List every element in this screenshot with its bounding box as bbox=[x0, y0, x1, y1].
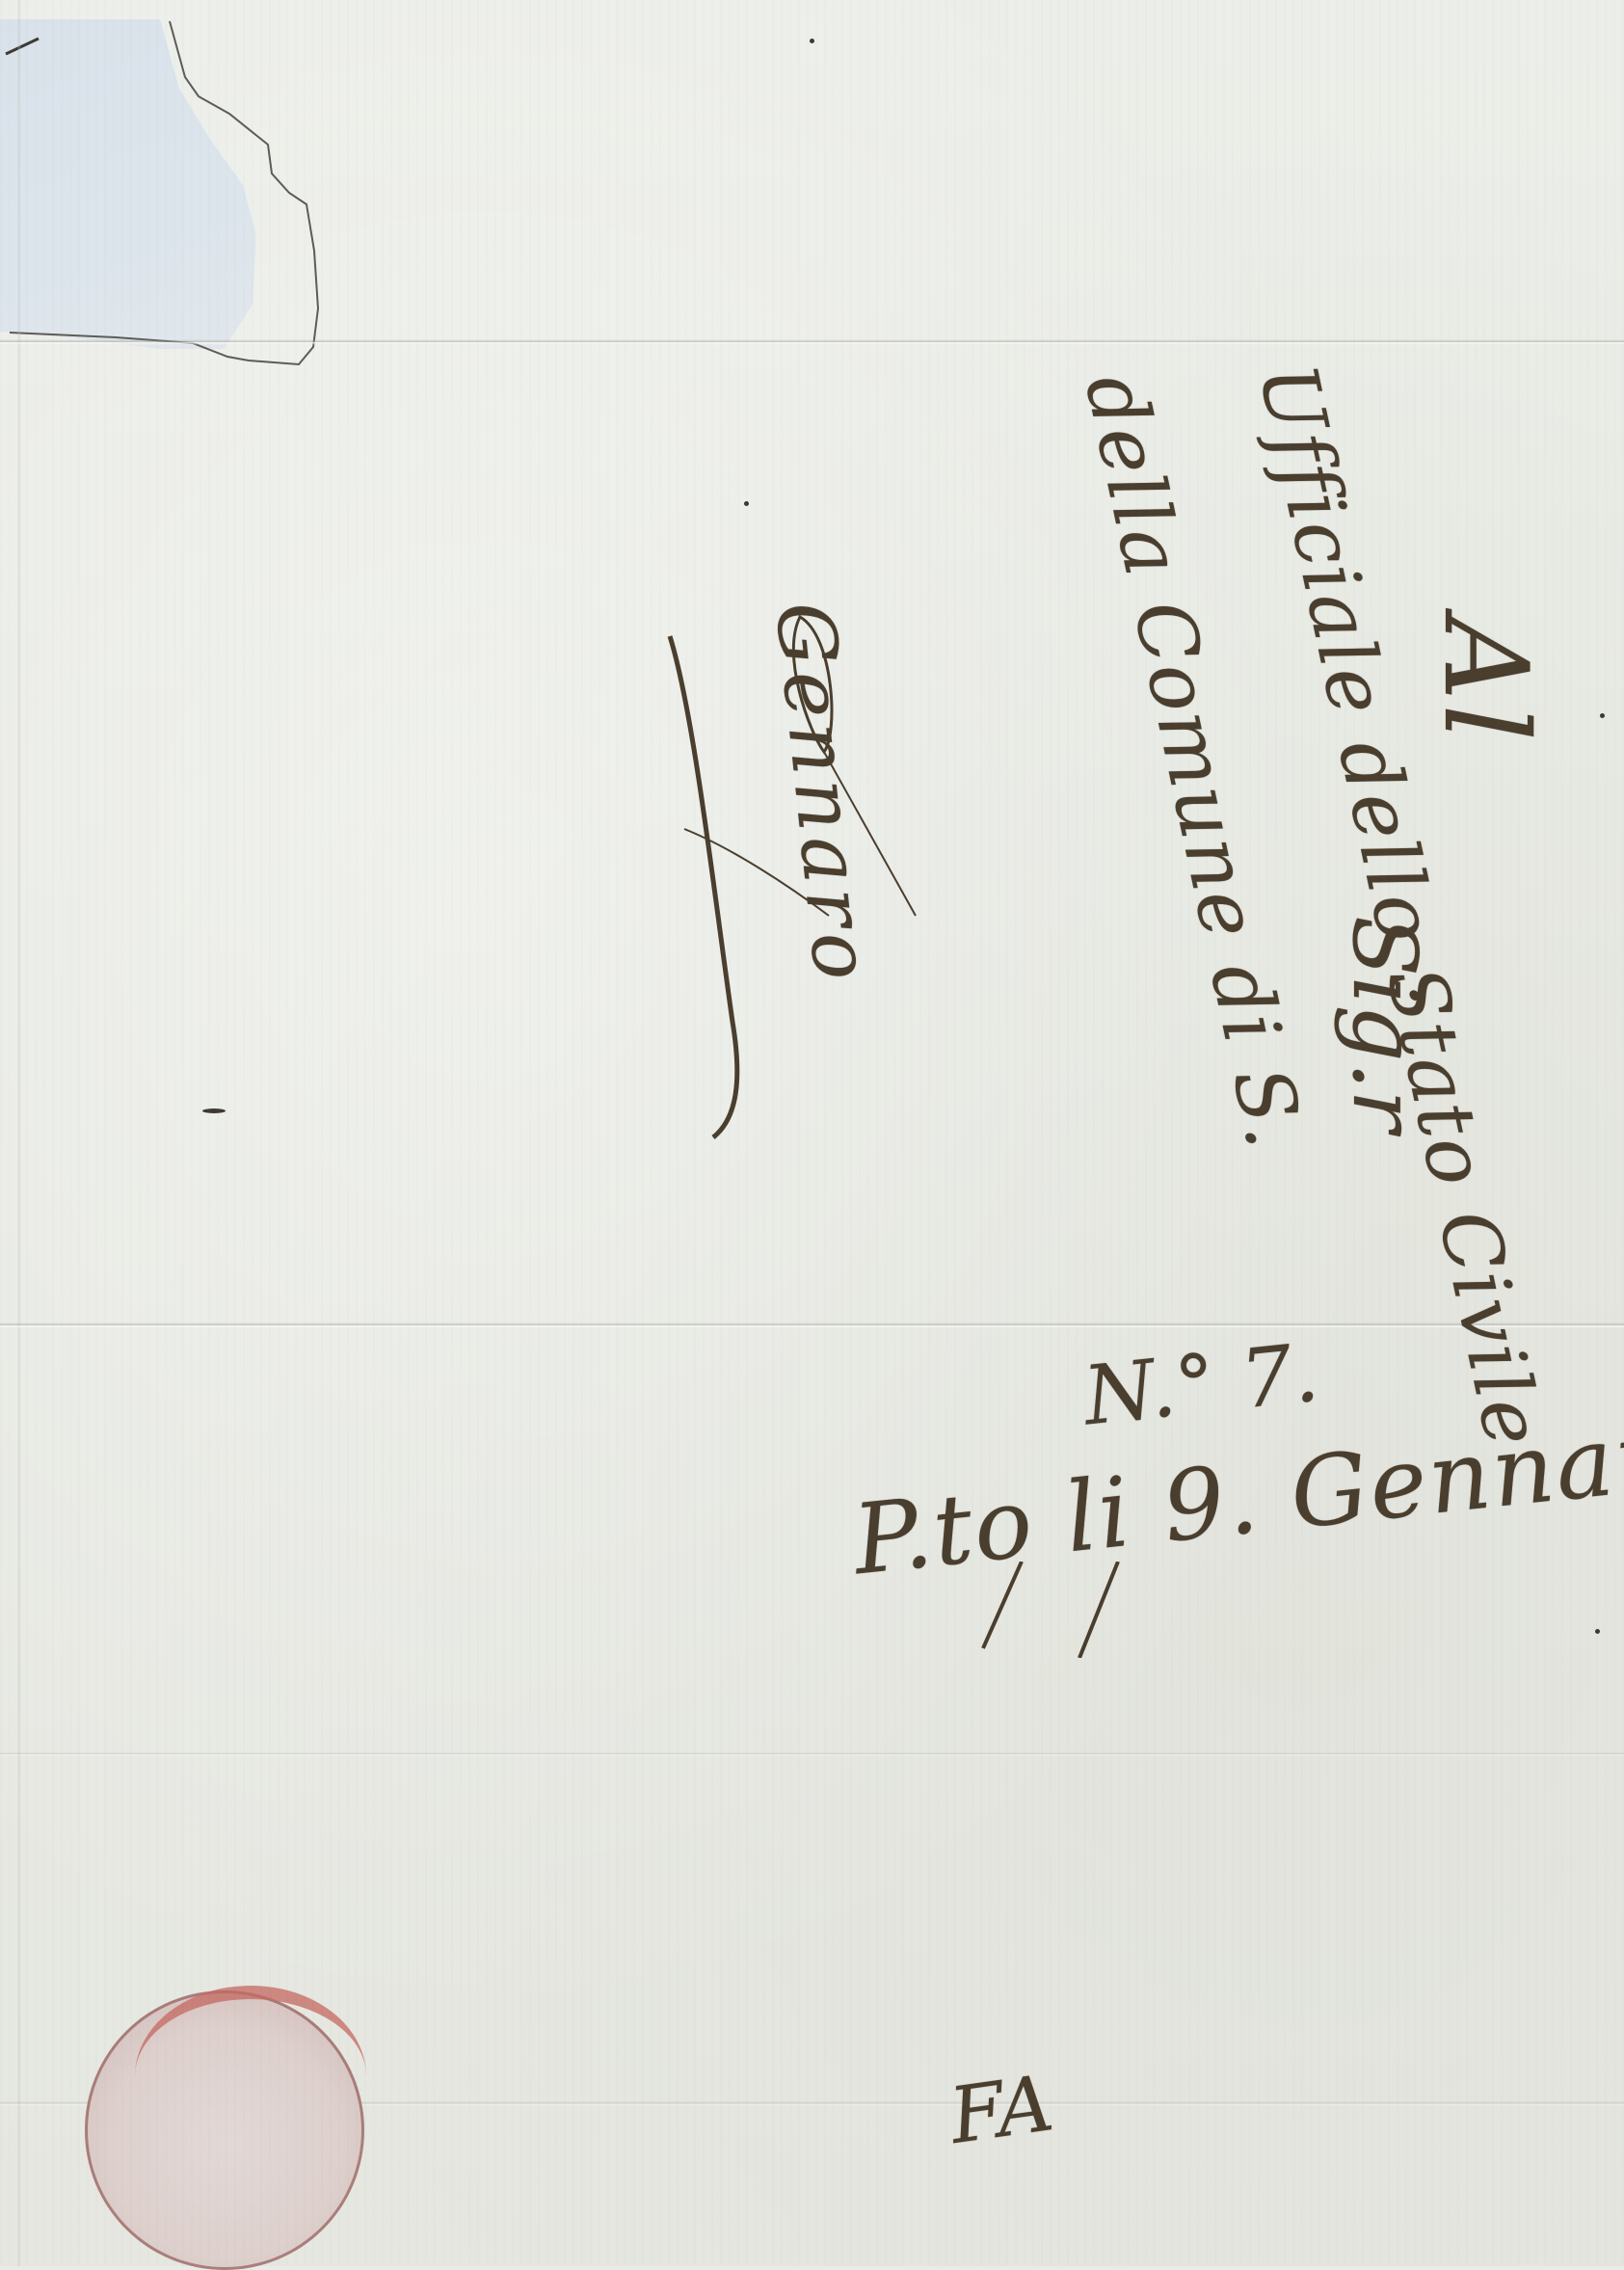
ink-speck bbox=[810, 39, 814, 43]
registry-number: N.° 7. bbox=[1079, 1325, 1323, 1444]
address-line-al: Al bbox=[1418, 617, 1552, 745]
ink-speck bbox=[202, 1108, 226, 1113]
fold-line-middle bbox=[0, 1322, 1624, 1328]
ink-speck bbox=[1595, 1629, 1600, 1634]
fold-line-lower bbox=[0, 1752, 1624, 1756]
paper-sheet: Al Sig.r Ufficiale dello Stato Civile de… bbox=[0, 0, 1624, 2266]
ink-speck bbox=[744, 501, 749, 506]
fold-line-top bbox=[0, 339, 1624, 345]
bottom-mark: FA bbox=[945, 2058, 1058, 2161]
address-line-ufficiale: Ufficiale dello Stato Civile bbox=[1240, 357, 1559, 1455]
wax-seal-red-rim bbox=[135, 1986, 366, 2076]
torn-corner-patch bbox=[0, 19, 320, 366]
address-line-gennaro: Gennaro bbox=[758, 598, 889, 990]
ink-speck bbox=[1600, 713, 1605, 718]
